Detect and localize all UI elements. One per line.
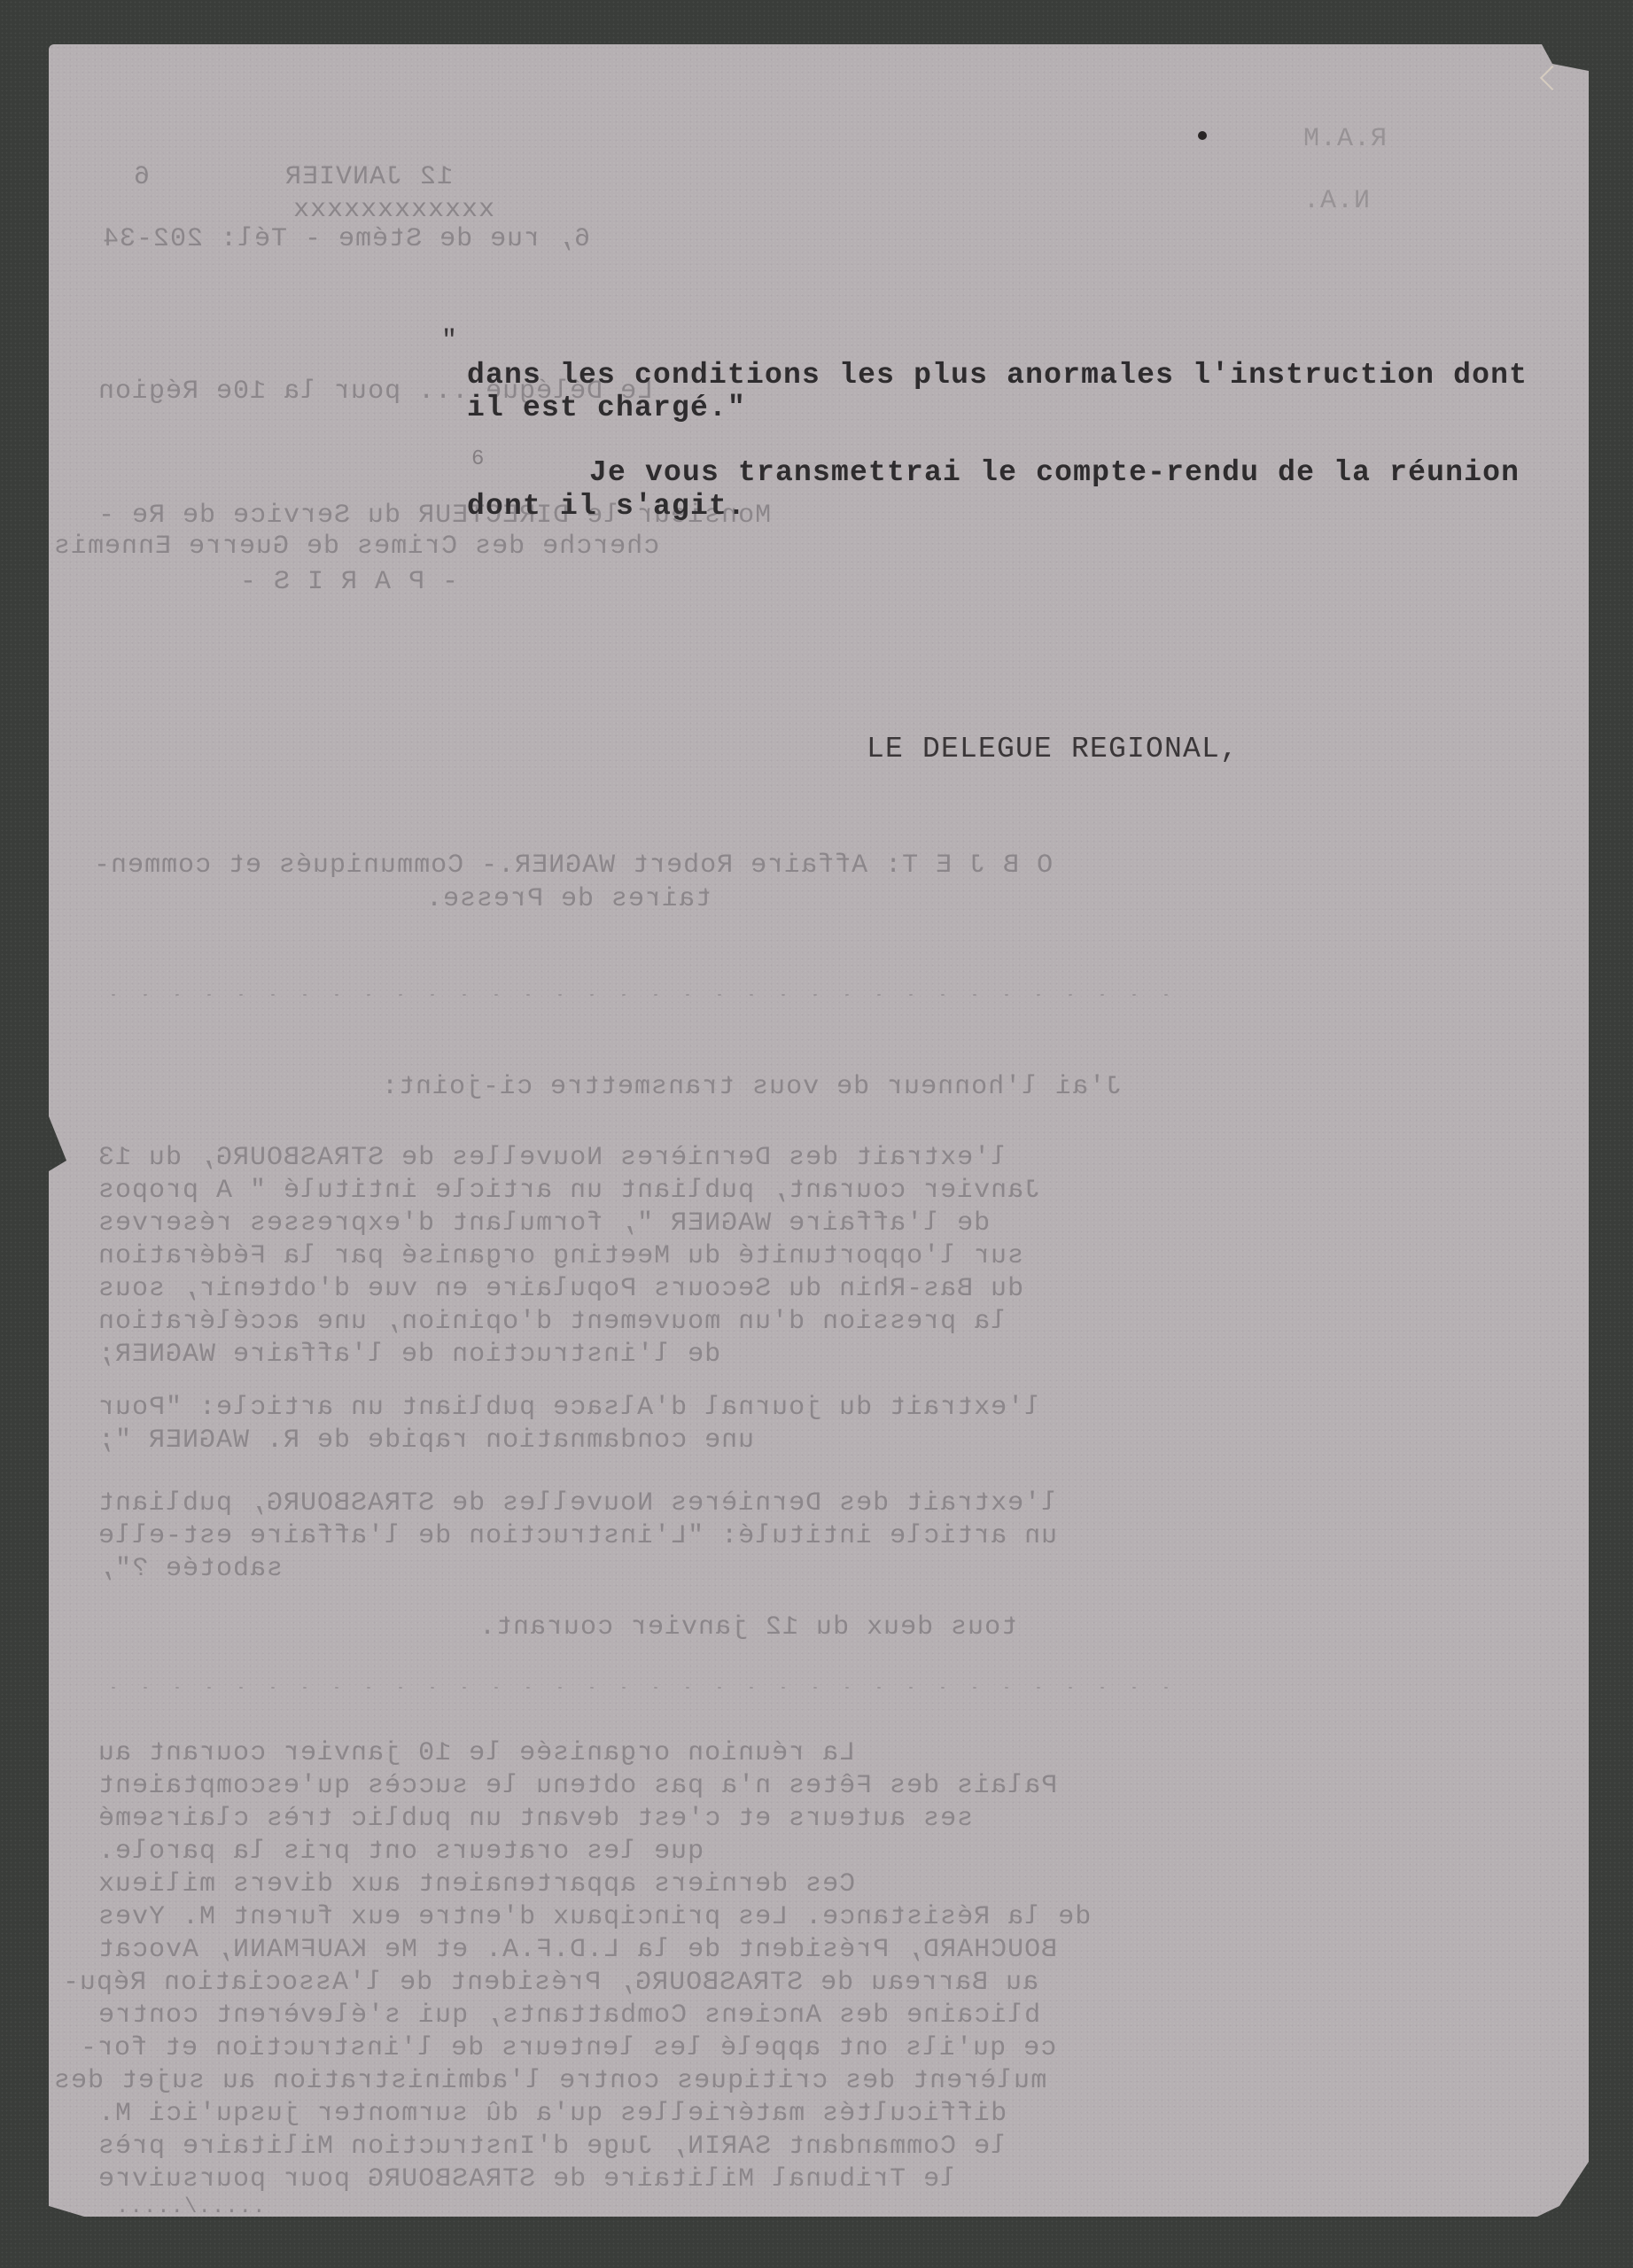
opening-quote-mark: " [441, 326, 457, 356]
signature-title: LE DELEGUE REGIONAL, [867, 733, 1239, 765]
bleed-report-line: ses auteurs et c'est devant un public tr… [97, 1804, 973, 1834]
bleed-item1-line: de l'instruction de l'affaire WAGNER; [97, 1340, 720, 1370]
bleed-report-line: Palais des Fêtes n'a pas obtenu le succè… [97, 1771, 1057, 1801]
bleed-mark-1: R.A.M [1303, 124, 1387, 154]
bleed-item3-line: sabotée ?", [97, 1554, 283, 1584]
bleed-report-line: La réunion organisée le 10 janvier coura… [97, 1738, 855, 1768]
ink-dot [1198, 131, 1207, 140]
bleed-item1-line: Janvier courant, publiant un article int… [97, 1176, 1040, 1206]
bleed-continuation: ...../..... [115, 2195, 265, 2219]
bleed-item1-line: sur l'opportunité du Meeting organisé pa… [97, 1241, 1023, 1271]
bleed-address-line: 6, rue de Stéme - Tél: 202-34 [102, 224, 590, 254]
bleed-report-line: le Tribunal Militaire de STRASBOURG pour… [97, 2164, 956, 2194]
bleed-item2-line: une condamnation rapide de R. WAGNER "; [97, 1425, 754, 1456]
bleed-item1-line: de l'affaire WAGNER ", formulant d'expre… [97, 1208, 990, 1239]
bleed-report-line: de la Résistance. Les principaux d'entre… [97, 1902, 1091, 1932]
bleed-report-line: ce qu'ils ont appelé les lenteurs de l'i… [80, 2033, 1056, 2063]
bleed-report-line: Ces derniers appartenaient aux divers mi… [97, 1869, 855, 1899]
dashed-separator [97, 992, 1178, 998]
bleed-report-line: le Commandant SARIN, Juge d'Instruction … [97, 2132, 1007, 2162]
bleed-item3-line: l'extrait des Dernières Nouvelles de STR… [97, 1488, 1057, 1518]
bleed-report-line: au Barreau de STRASBOURG, Président de l… [62, 1968, 1038, 1998]
body-line: Je vous transmettrai le compte-rendu de … [589, 456, 1520, 489]
bleed-item1-line: du Bas-Rhin du Secours Populaire en vue … [97, 1274, 1023, 1304]
body-line: dont il s'agit. [467, 490, 746, 523]
bleed-report-line: que les orateurs ont pris la parole. [97, 1837, 704, 1867]
bleed-addressee-2: cherche des Crimes de Guerre Ennemis [53, 532, 659, 562]
bleed-report-line: BOUCHARD, Président de la L.D.F.A. et Me… [97, 1935, 1057, 1965]
bleed-object-1: O B J E T: Affaire Robert WAGNER.- Commu… [93, 850, 1053, 881]
bleed-items-date: tous deux du 12 janvier courant. [478, 1612, 1017, 1643]
margin-mark: 6 [471, 447, 484, 471]
bleed-item1-line: la pression d'un mouvement d'opinion, un… [97, 1307, 1007, 1337]
bleed-object-2: taires de Presse. [425, 884, 712, 914]
bleed-date-line: 12 JANVIER 6 [133, 162, 453, 192]
dashed-separator [97, 1685, 1178, 1690]
bleed-intro: J'ai l'honneur de vous transmettre ci-jo… [381, 1072, 1122, 1102]
bleed-item3-line: un article intitulé: "L'instruction de l… [97, 1521, 1057, 1551]
bleed-report-line: mulèrent des critiques contre l'administ… [53, 2066, 1046, 2096]
bleed-mark-2: N.A. [1303, 186, 1370, 216]
body-line: il est chargé." [467, 392, 746, 424]
bleed-item1-line: l'extrait des Dernières Nouvelles de STR… [97, 1143, 1007, 1173]
bleed-item2-line: l'extrait du journal d'Alsace publiant u… [97, 1393, 1040, 1423]
bleed-report-line: blicaine des Anciens Combattants, qui s'… [97, 2000, 1040, 2031]
bleed-addressee-3: - P A R I S - [239, 567, 458, 597]
bleed-report-line: difficultés matérielles qu'a dû surmonte… [97, 2099, 1007, 2129]
bleed-struck-line: xxxxxxxxxxxx [292, 195, 494, 225]
body-line: dans les conditions les plus anormales l… [467, 359, 1528, 392]
